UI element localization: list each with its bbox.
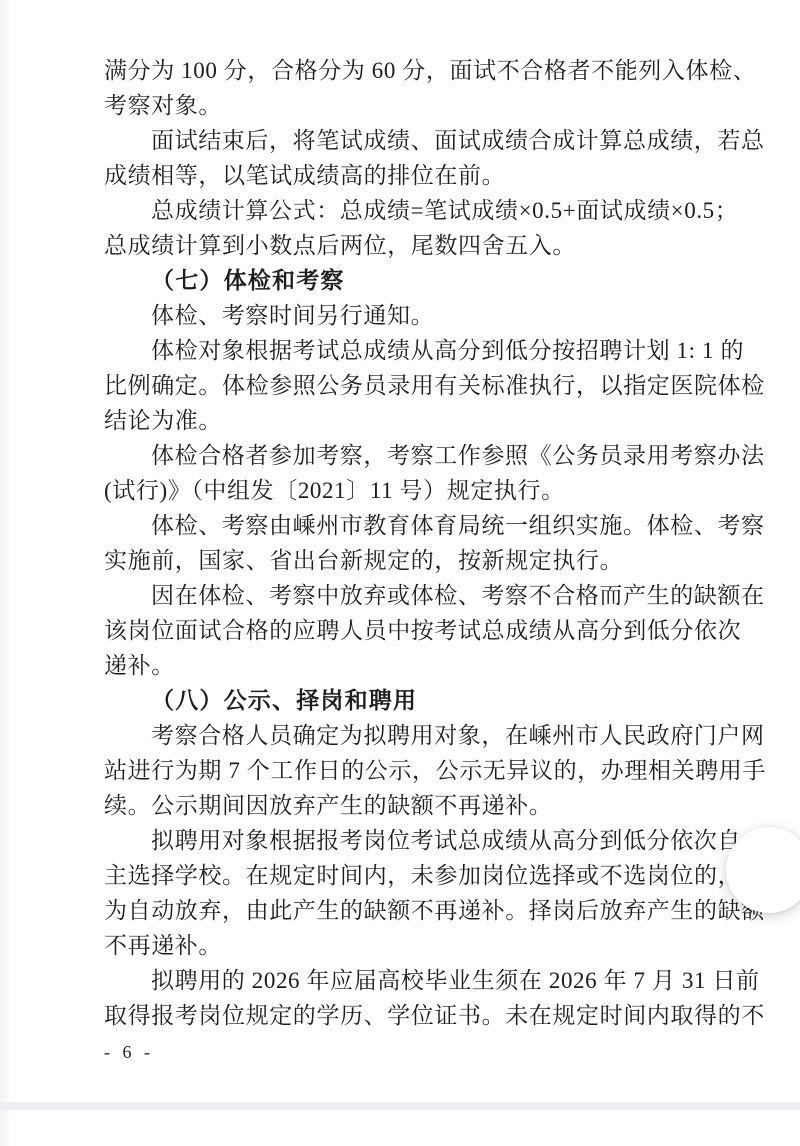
- text-line: 拟聘用的 2026 年应届高校毕业生须在 2026 年 7 月 31 日前: [104, 963, 710, 998]
- text-line: 实施前，国家、省出台新规定的，按新规定执行。: [104, 543, 710, 578]
- text-line: 不再递补。: [104, 928, 710, 963]
- text-line: 体检对象根据考试总成绩从高分到低分按招聘计划 1: 1 的: [104, 333, 710, 368]
- text-line: 体检合格者参加考察，考察工作参照《公务员录用考察办法: [104, 438, 710, 473]
- text-line: 取得报考岗位规定的学历、学位证书。未在规定时间内取得的不: [104, 998, 710, 1033]
- text-line: 体检、考察由嵊州市教育体育局统一组织实施。体检、考察: [104, 508, 710, 543]
- text-line: 满分为 100 分，合格分为 60 分，面试不合格者不能列入体检、: [104, 53, 710, 88]
- text-line: 考察合格人员确定为拟聘用对象，在嵊州市人民政府门户网: [104, 718, 710, 753]
- text-line: 面试结束后，将笔试成绩、面试成绩合成计算总成绩，若总: [104, 123, 710, 158]
- text-line: 因在体检、考察中放弃或体检、考察不合格而产生的缺额在: [104, 578, 710, 613]
- text-line: 主选择学校。在规定时间内，未参加岗位选择或不选岗位的，视: [104, 858, 710, 893]
- hamburger-menu-icon: [757, 857, 782, 883]
- text-line: 递补。: [104, 648, 710, 683]
- page-number: - 6 -: [104, 1040, 710, 1064]
- text-line: 续。公示期间因放弃产生的缺额不再递补。: [104, 788, 710, 823]
- text-line: 比例确定。体检参照公务员录用有关标准执行，以指定医院体检: [104, 368, 710, 403]
- text-line: 为自动放弃，由此产生的缺额不再递补。择岗后放弃产生的缺额: [104, 893, 710, 928]
- document-page: 满分为 100 分，合格分为 60 分，面试不合格者不能列入体检、考察对象。面试…: [0, 0, 800, 1146]
- page-text: 满分为 100 分，合格分为 60 分，面试不合格者不能列入体检、考察对象。面试…: [104, 53, 710, 1064]
- text-line: 总成绩计算到小数点后两位，尾数四舍五入。: [104, 228, 710, 263]
- text-line: (试行)》（中组发〔2021〕11 号）规定执行。: [104, 473, 710, 508]
- text-line: 结论为准。: [104, 403, 710, 438]
- page-gap-divider: [0, 1102, 800, 1110]
- page-edge-shadow: [0, 0, 12, 1146]
- text-line: 成绩相等，以笔试成绩高的排位在前。: [104, 158, 710, 193]
- section-heading: （八）公示、择岗和聘用: [104, 683, 710, 718]
- text-line: 体检、考察时间另行通知。: [104, 298, 710, 333]
- text-line: 拟聘用对象根据报考岗位考试总成绩从高分到低分依次自: [104, 823, 710, 858]
- text-line: 考察对象。: [104, 88, 710, 123]
- text-line: 总成绩计算公式：总成绩=笔试成绩×0.5+面试成绩×0.5；: [104, 193, 710, 228]
- text-line: 站进行为期 7 个工作日的公示，公示无异议的，办理相关聘用手: [104, 753, 710, 788]
- text-line: 该岗位面试合格的应聘人员中按考试总成绩从高分到低分依次: [104, 613, 710, 648]
- section-heading: （七）体检和考察: [104, 263, 710, 298]
